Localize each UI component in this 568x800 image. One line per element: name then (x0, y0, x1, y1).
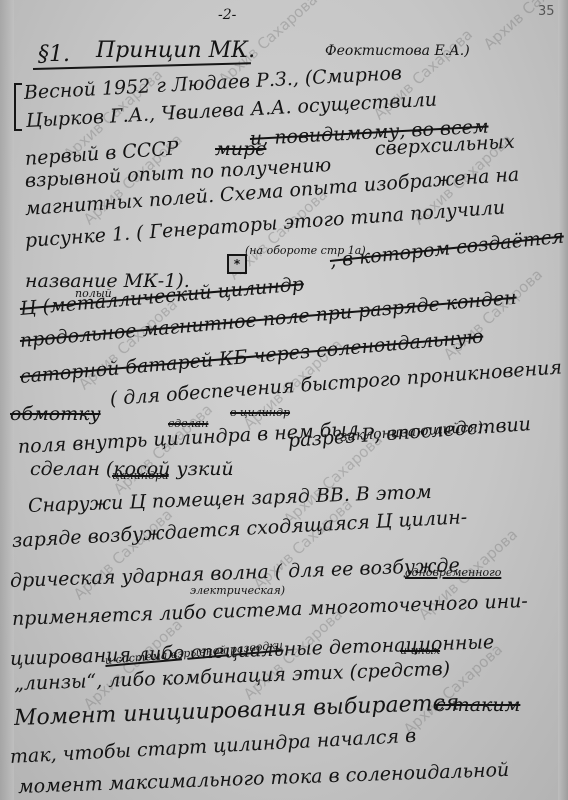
section-number: §1. (38, 44, 70, 66)
inserted-word: электрическая) (190, 585, 285, 596)
page-edge-shadow (0, 0, 14, 800)
text-line: момент максимального тока в соленоидальн… (18, 761, 510, 797)
inserted-word: одновременного (405, 567, 501, 578)
text-line: так, чтобы старт цилиндра начался в (10, 727, 417, 767)
archive-page-number: 35 (538, 4, 555, 19)
margin-bracket (14, 83, 22, 131)
watermark: Архив Сахарова (480, 0, 568, 53)
section-title: Принцип МК. (96, 40, 255, 62)
struck-text: с таким (435, 696, 520, 715)
struck-text: в цилиндр (230, 407, 290, 418)
struck-text: цилиндра (112, 470, 169, 481)
struck-text: обмотку (10, 405, 101, 424)
text-line: Феоктистова Е.А.) (325, 44, 470, 58)
struck-text: и иных (400, 645, 440, 656)
manuscript-page: Архив Сахарова Архив Сахарова Архив Саха… (0, 0, 568, 800)
struck-text: сделан (168, 418, 208, 429)
page-edge-shadow (558, 0, 568, 800)
manuscript-page-number: -2- (218, 8, 236, 22)
struck-text: мире (215, 140, 266, 159)
asterisk-box-icon: * (227, 254, 247, 274)
struck-text: , в котором создаётся (329, 227, 565, 270)
text-line: применяется либо система многоточечного … (12, 592, 528, 629)
